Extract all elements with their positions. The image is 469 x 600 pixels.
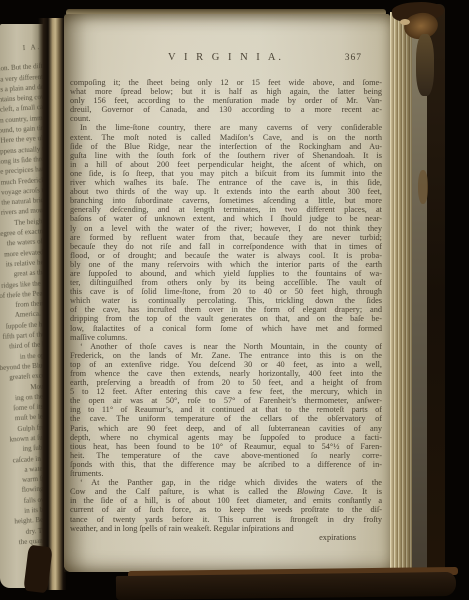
text-line: ly on a level with the water of the rive…: [70, 224, 382, 233]
worn-corner: [400, 19, 410, 25]
text-line: Cow and the Calf paſture, is what is cal…: [70, 487, 382, 496]
text-line: the open air was at 50°, roſe to 57° of …: [70, 396, 382, 405]
running-header: V I R G I N I A.: [70, 52, 382, 63]
text-line: in the ſide of a hill, is of about 100 f…: [70, 496, 382, 505]
book-photo: I A.ompoſition. But the diſtis of a very…: [0, 0, 469, 600]
text-line: one ſide, is ſo ſteep, that you may pitc…: [70, 169, 382, 178]
text-line: this cave is of ſolid lime-ſtone, from 2…: [70, 287, 382, 296]
text-line: ter, diſtinguiſhed from others only by i…: [70, 278, 382, 287]
text-line: ing to 11° of Reaumur’s, and it continue…: [70, 405, 382, 414]
text-line: generally deſcending, and at length term…: [70, 205, 382, 214]
text-line: dripping from the top of the vault gener…: [70, 314, 382, 323]
bottom-cover: [116, 572, 456, 600]
text-line: maſſive columns.: [70, 333, 382, 342]
catchword: expirations: [70, 533, 382, 542]
text-line: which water is continually percolating. …: [70, 296, 382, 305]
text-line: in a hill of about 200 feet perpendicula…: [70, 160, 382, 169]
text-line: ſide of the Blue Ridge, near the interſe…: [70, 142, 382, 151]
left-page-line: I A.: [0, 42, 42, 63]
text-line: of the cave, has incruſted them over in …: [70, 305, 382, 314]
gutter-fold: [38, 18, 66, 590]
page-number: 367: [345, 53, 362, 63]
text-line: ſtruments.: [70, 469, 382, 478]
text-line: depth, where no chymical agents may be ſ…: [70, 433, 382, 442]
text-line: flood, or of drought; and becauſe the wa…: [70, 251, 382, 260]
text-line: baſons of water of unknown extent, and w…: [70, 214, 382, 223]
fore-edge-pages: [390, 12, 413, 572]
text-line: heit. The temperature of the cave above-…: [70, 451, 382, 460]
text-line: Frederick, on the lands of Mr. Zane. The…: [70, 351, 382, 360]
text-line: branching into ſubordinate caverns, ſome…: [70, 196, 382, 205]
text-line: ‘ At the Panther gap, in the ridge which…: [70, 478, 382, 487]
text-line: Paris, which are 90 feet deep, and of al…: [70, 424, 382, 433]
text-line: what more ſpread below; but it is half a…: [70, 87, 382, 96]
text-line: becauſe they do not riſe and fall in cor…: [70, 242, 382, 251]
text-line: compoſing it; the ſheet being only 12 or…: [70, 78, 382, 87]
text-line: river which waſhes its baſe. The entranc…: [70, 178, 382, 187]
page-header: V I R G I N I A. 367: [70, 52, 382, 66]
page-text: compoſing it; the ſheet being only 12 or…: [70, 78, 382, 542]
text-line: current of air of ſuch force, as to keep…: [70, 505, 382, 514]
text-line: ſponds with this, that the difference ma…: [70, 460, 382, 469]
text-line: 5 to 12 feet. After entering this cave a…: [70, 387, 382, 396]
text-line: dreuil, Governor of Canada, and 130 acco…: [70, 105, 382, 114]
text-line: are formed by refluent water from that, …: [70, 233, 382, 242]
text-line: tance of twenty yards before it. This cu…: [70, 515, 382, 524]
worn-spot: [418, 170, 428, 204]
text-line: only 156 feet, according to the menſurat…: [70, 96, 382, 105]
text-line: from whence the cave then extends, nearl…: [70, 369, 382, 378]
text-line: weather, and in long ſpells of rain weak…: [70, 524, 382, 533]
book-page: V I R G I N I A. 367 compoſing it; the ſ…: [64, 14, 390, 572]
text-line: count.: [70, 114, 382, 123]
text-line: tious heat, has been found to be 10° of …: [70, 442, 382, 451]
text-line: earth, preſerving a breadth of from 20 t…: [70, 378, 382, 387]
text-line: top of an extenſive ridge. You deſcend 3…: [70, 360, 382, 369]
text-line: ‘ Another of thoſe caves is near the Nor…: [70, 342, 382, 351]
worn-corner: [416, 34, 434, 96]
text-line: In the lime-ſtone country, there are man…: [70, 123, 382, 132]
text-line: low, ſtalactites of a conical form ſome …: [70, 324, 382, 333]
text-line: extent. The moſt noted is called Madiſon…: [70, 133, 382, 142]
text-line: are ſuppoſed to abound, and which yield …: [70, 269, 382, 278]
text-line: bly one of the many reſervoirs with whic…: [70, 260, 382, 269]
text-line: guſta line with the ſouth fork of the ſo…: [70, 151, 382, 160]
text-line: about two thirds of the way up. It exten…: [70, 187, 382, 196]
text-line: the cave. The uniform temperature of the…: [70, 414, 382, 423]
